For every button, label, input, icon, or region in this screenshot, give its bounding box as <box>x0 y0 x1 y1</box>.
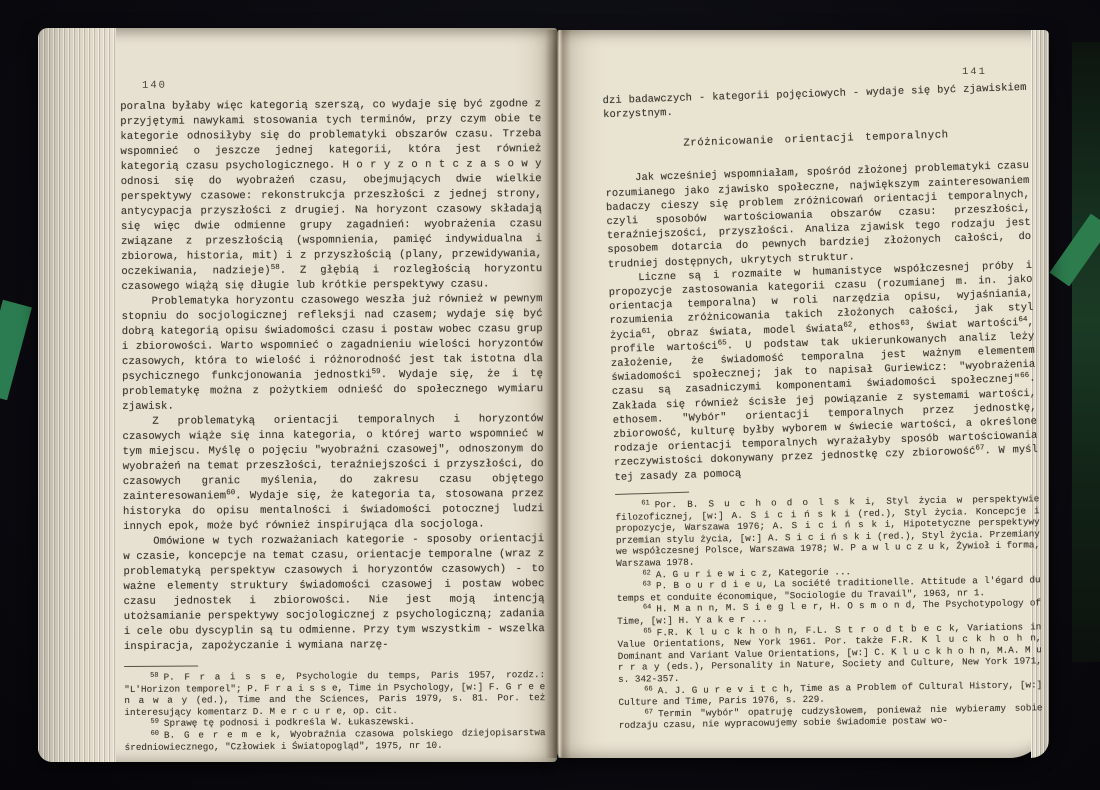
text-run: poralna byłaby więc kategorią szerszą, c… <box>120 98 542 278</box>
footnote-ref: 67 <box>975 445 984 453</box>
footnote-marker: 61 <box>641 499 650 507</box>
footnote-ref: 59 <box>372 368 381 376</box>
page-edges-left <box>38 28 116 762</box>
footnote-text: Sprawę tę podnosi i podkreśla W. Łukasze… <box>164 716 415 729</box>
green-cover-band-right <box>1072 42 1100 662</box>
footnote-marker: 65 <box>643 627 652 635</box>
paragraph: Z problematyką orientacji temporalnych i… <box>122 412 544 535</box>
footnote-marker: 67 <box>645 708 654 716</box>
footnote-text: P. F r a i s s e, Psychologie du temps, … <box>124 669 545 718</box>
footnote-marker: 58 <box>150 672 158 680</box>
footnote-separator <box>124 665 198 667</box>
footnote-text: B. G e r e m e k, Wyobraźnia czasowa pol… <box>125 727 546 753</box>
footnote-marker: 62 <box>642 569 651 577</box>
footnote-separator <box>615 492 689 495</box>
footnote: 61Por. B. S u c h o d o l s k i, Styl ży… <box>615 493 1040 569</box>
left-page-content: 140 poralna byłaby więc kategorią szersz… <box>120 77 546 753</box>
left-page-footnotes: 58P. F r a i s s e, Psychologie du temps… <box>124 669 546 753</box>
footnote-marker: 60 <box>151 730 159 738</box>
footnote-text: F.R. K l u c k h o h n, F.L. S t r o d t… <box>617 621 1041 685</box>
paragraph: Omówione w tych rozważaniach kategorie -… <box>123 532 545 655</box>
right-page-content: dzi badawczych - kategorii pojęciowych -… <box>601 47 1046 732</box>
paragraph: Problematyka horyzontu czasowego weszła … <box>122 292 544 415</box>
text-run: . U podstaw tak ukierunkowanych analiz l… <box>611 331 1036 399</box>
text-run: , ethos <box>852 321 901 335</box>
footnote-marker: 66 <box>644 685 653 693</box>
footnote-text: Por. B. S u c h o d o l s k i, Styl życi… <box>615 493 1040 569</box>
footnote-ref: 61 <box>642 327 651 335</box>
footnote-marker: 64 <box>643 604 652 612</box>
footnote-ref: 66 <box>1020 372 1029 380</box>
text-run: Jak wcześniej wspomniałam, spośród złożo… <box>605 160 1031 270</box>
open-book-scan: 140 poralna byłaby więc kategorią szersz… <box>0 0 1100 790</box>
paragraph: Jak wcześniej wspomniałam, spośród złożo… <box>605 159 1032 272</box>
paragraph: poralna byłaby więc kategorią szerszą, c… <box>120 97 542 295</box>
footnote-ref: 63 <box>900 319 909 327</box>
footnote-ref: 64 <box>1018 316 1027 324</box>
text-run: Omówione w tych rozważaniach kategorie -… <box>123 533 545 653</box>
page-number-left: 140 <box>142 77 541 92</box>
footnote: 65F.R. K l u c k h o h n, F.L. S t r o d… <box>617 621 1042 686</box>
green-cover-stripe-left <box>0 300 32 400</box>
footnote-marker: 59 <box>150 718 158 726</box>
section-heading: Zróżnicowanie orientacji temporalnych <box>604 127 1028 152</box>
continuation-paragraph: dzi badawczych - kategorii pojęciowych -… <box>603 81 1028 123</box>
left-page-body: poralna byłaby więc kategorią szerszą, c… <box>120 97 545 655</box>
footnote-marker: 63 <box>643 580 652 588</box>
paragraph: Liczne są i rozmaite w humanistyce współ… <box>608 259 1038 485</box>
footnote: 60B. G e r e m e k, Wyobraźnia czasowa p… <box>125 727 546 753</box>
text-run: , świat wartości <box>909 317 1018 332</box>
footnote: 58P. F r a i s s e, Psychologie du temps… <box>124 669 545 718</box>
right-page-footnotes: 61Por. B. S u c h o d o l s k i, Styl ży… <box>615 493 1043 732</box>
book-gutter <box>545 30 571 758</box>
